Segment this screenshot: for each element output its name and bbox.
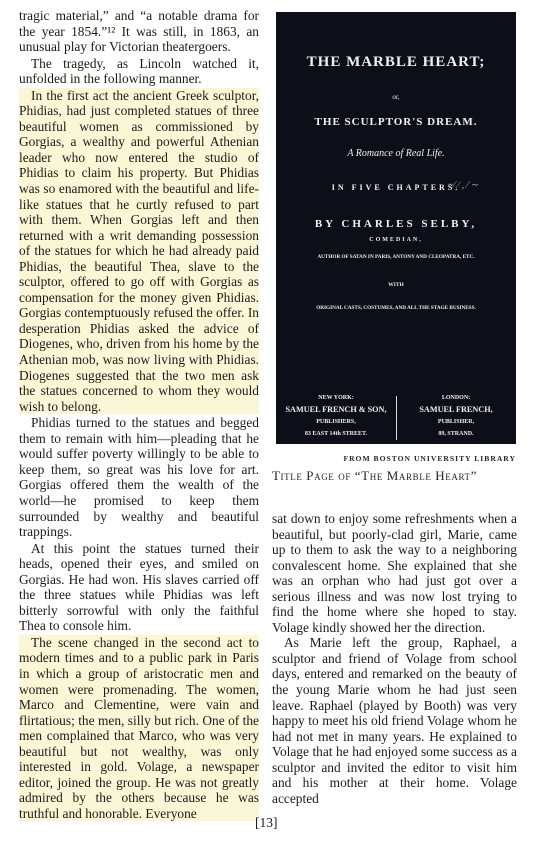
publisher-london: LONDON: SAMUEL FRENCH, PUBLISHER, 89, ST…: [400, 392, 512, 440]
publisher-city: LONDON:: [400, 392, 512, 404]
handwriting-mark: ~⁄ ∕ , ⁄ ∼: [448, 180, 479, 191]
publisher-name: SAMUEL FRENCH,: [400, 404, 512, 416]
paragraph: As Marie left the group, Raphael, a scul…: [272, 635, 517, 806]
publisher-role: PUBLISHERS,: [280, 416, 392, 428]
publisher-name: SAMUEL FRENCH & SON,: [280, 404, 392, 416]
paragraph: At this point the statues turned their h…: [19, 541, 259, 634]
figure-title: THE MARBLE HEART;: [276, 54, 516, 71]
figure-author-works: AUTHOR OF SATAN IN PARIS, ANTONY AND CLE…: [276, 254, 516, 260]
publisher-divider: [396, 396, 397, 440]
paragraph-continued: sat down to enjoy some refreshments when…: [272, 511, 517, 635]
left-text-column: tragic material,” and “a notable drama f…: [19, 8, 259, 821]
figure-extras: ORIGINAL CASTS, COSTUMES, AND ALL THE ST…: [276, 305, 516, 311]
paragraph-highlighted: The scene changed in the second act to m…: [19, 635, 259, 822]
page-number: [13]: [255, 815, 278, 831]
title-page-image: THE MARBLE HEART; or, THE SCULPTOR'S DRE…: [276, 12, 516, 444]
figure-credit: FROM BOSTON UNIVERSITY LIBRARY: [276, 454, 516, 463]
figure-or: or,: [276, 93, 516, 101]
figure-author: BY CHARLES SELBY,: [276, 218, 516, 230]
paragraph: Phidias turned to the statues and begged…: [19, 415, 259, 539]
figure-tagline: A Romance of Real Life.: [276, 148, 516, 159]
publisher-address: 83 EAST 14th STREET.: [280, 428, 392, 440]
figure-subtitle: THE SCULPTOR'S DREAM.: [276, 116, 516, 128]
publisher-address: 89, STRAND.: [400, 428, 512, 440]
figure-with: WITH: [276, 282, 516, 288]
figure-chapters: IN FIVE CHAPTERS.: [276, 183, 516, 192]
paragraph-continued: tragic material,” and “a notable drama f…: [19, 8, 259, 55]
publisher-city: NEW YORK:: [280, 392, 392, 404]
paragraph-highlighted: In the first act the ancient Greek sculp…: [19, 88, 259, 414]
right-text-column: sat down to enjoy some refreshments when…: [272, 511, 517, 806]
publisher-role: PUBLISHER,: [400, 416, 512, 428]
document-page: tragic material,” and “a notable drama f…: [0, 0, 542, 843]
publisher-new-york: NEW YORK: SAMUEL FRENCH & SON, PUBLISHER…: [280, 392, 392, 440]
figure-author-role: COMEDIAN,: [276, 237, 516, 243]
figure-caption: Title Page of “The Marble Heart”: [272, 468, 518, 484]
paragraph: The tragedy, as Lincoln watched it, unfo…: [19, 56, 259, 87]
